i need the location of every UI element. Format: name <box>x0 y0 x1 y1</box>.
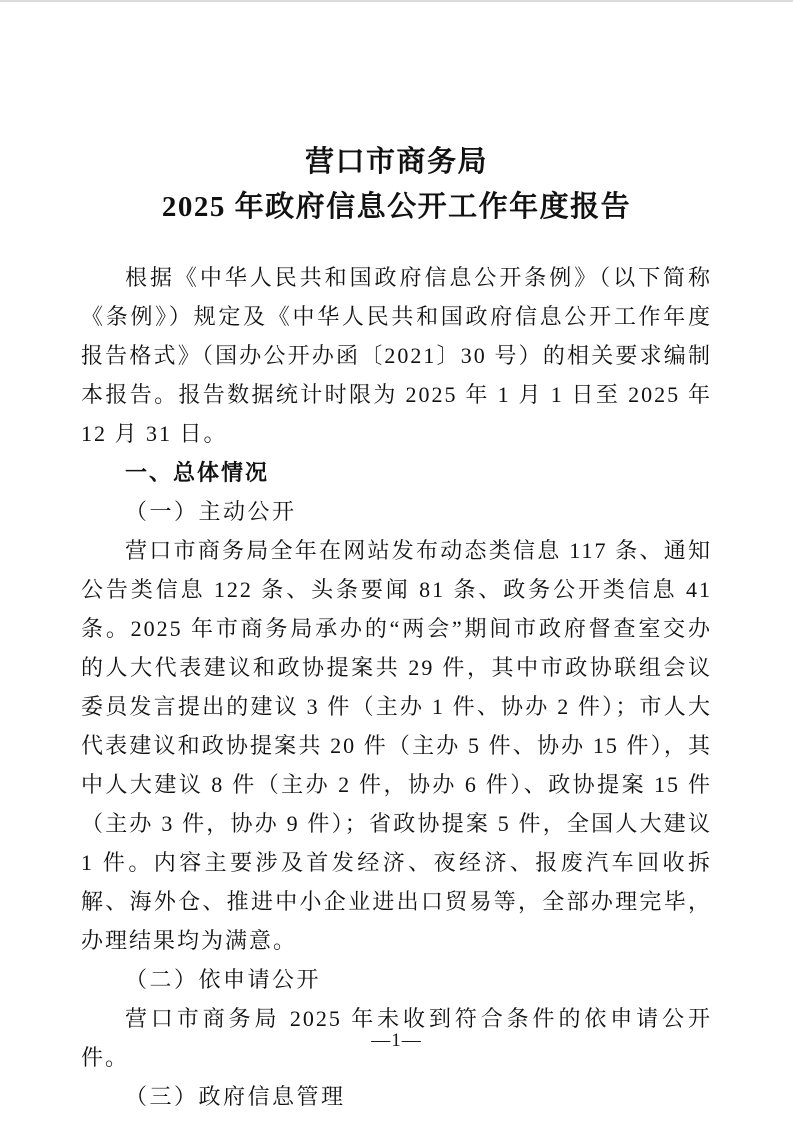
section-heading-overall-situation: 一、总体情况 <box>81 453 712 492</box>
subsection-heading-government-info-management: （三）政府信息管理 <box>81 1077 712 1116</box>
subsection-heading-proactive-disclosure: （一）主动公开 <box>81 492 712 531</box>
subsection-heading-disclosure-upon-request: （二）依申请公开 <box>81 960 712 999</box>
document-body: 根据《中华人民共和国政府信息公开条例》（以下简称《条例》）规定及《中华人民共和国… <box>81 258 712 1116</box>
document-page: 营口市商务局 2025 年政府信息公开工作年度报告 根据《中华人民共和国政府信息… <box>0 0 793 1122</box>
document-title: 营口市商务局 2025 年政府信息公开工作年度报告 <box>81 140 712 230</box>
paragraph-proactive-disclosure: 营口市商务局全年在网站发布动态类信息 117 条、通知公告类信息 122 条、头… <box>81 531 712 960</box>
document-title-line-1: 营口市商务局 <box>305 146 488 178</box>
page-number: —1— <box>0 1030 793 1052</box>
document-title-line-2: 2025 年政府信息公开工作年度报告 <box>162 191 631 223</box>
scan-edge-line <box>0 0 793 2</box>
intro-paragraph: 根据《中华人民共和国政府信息公开条例》（以下简称《条例》）规定及《中华人民共和国… <box>81 258 712 453</box>
